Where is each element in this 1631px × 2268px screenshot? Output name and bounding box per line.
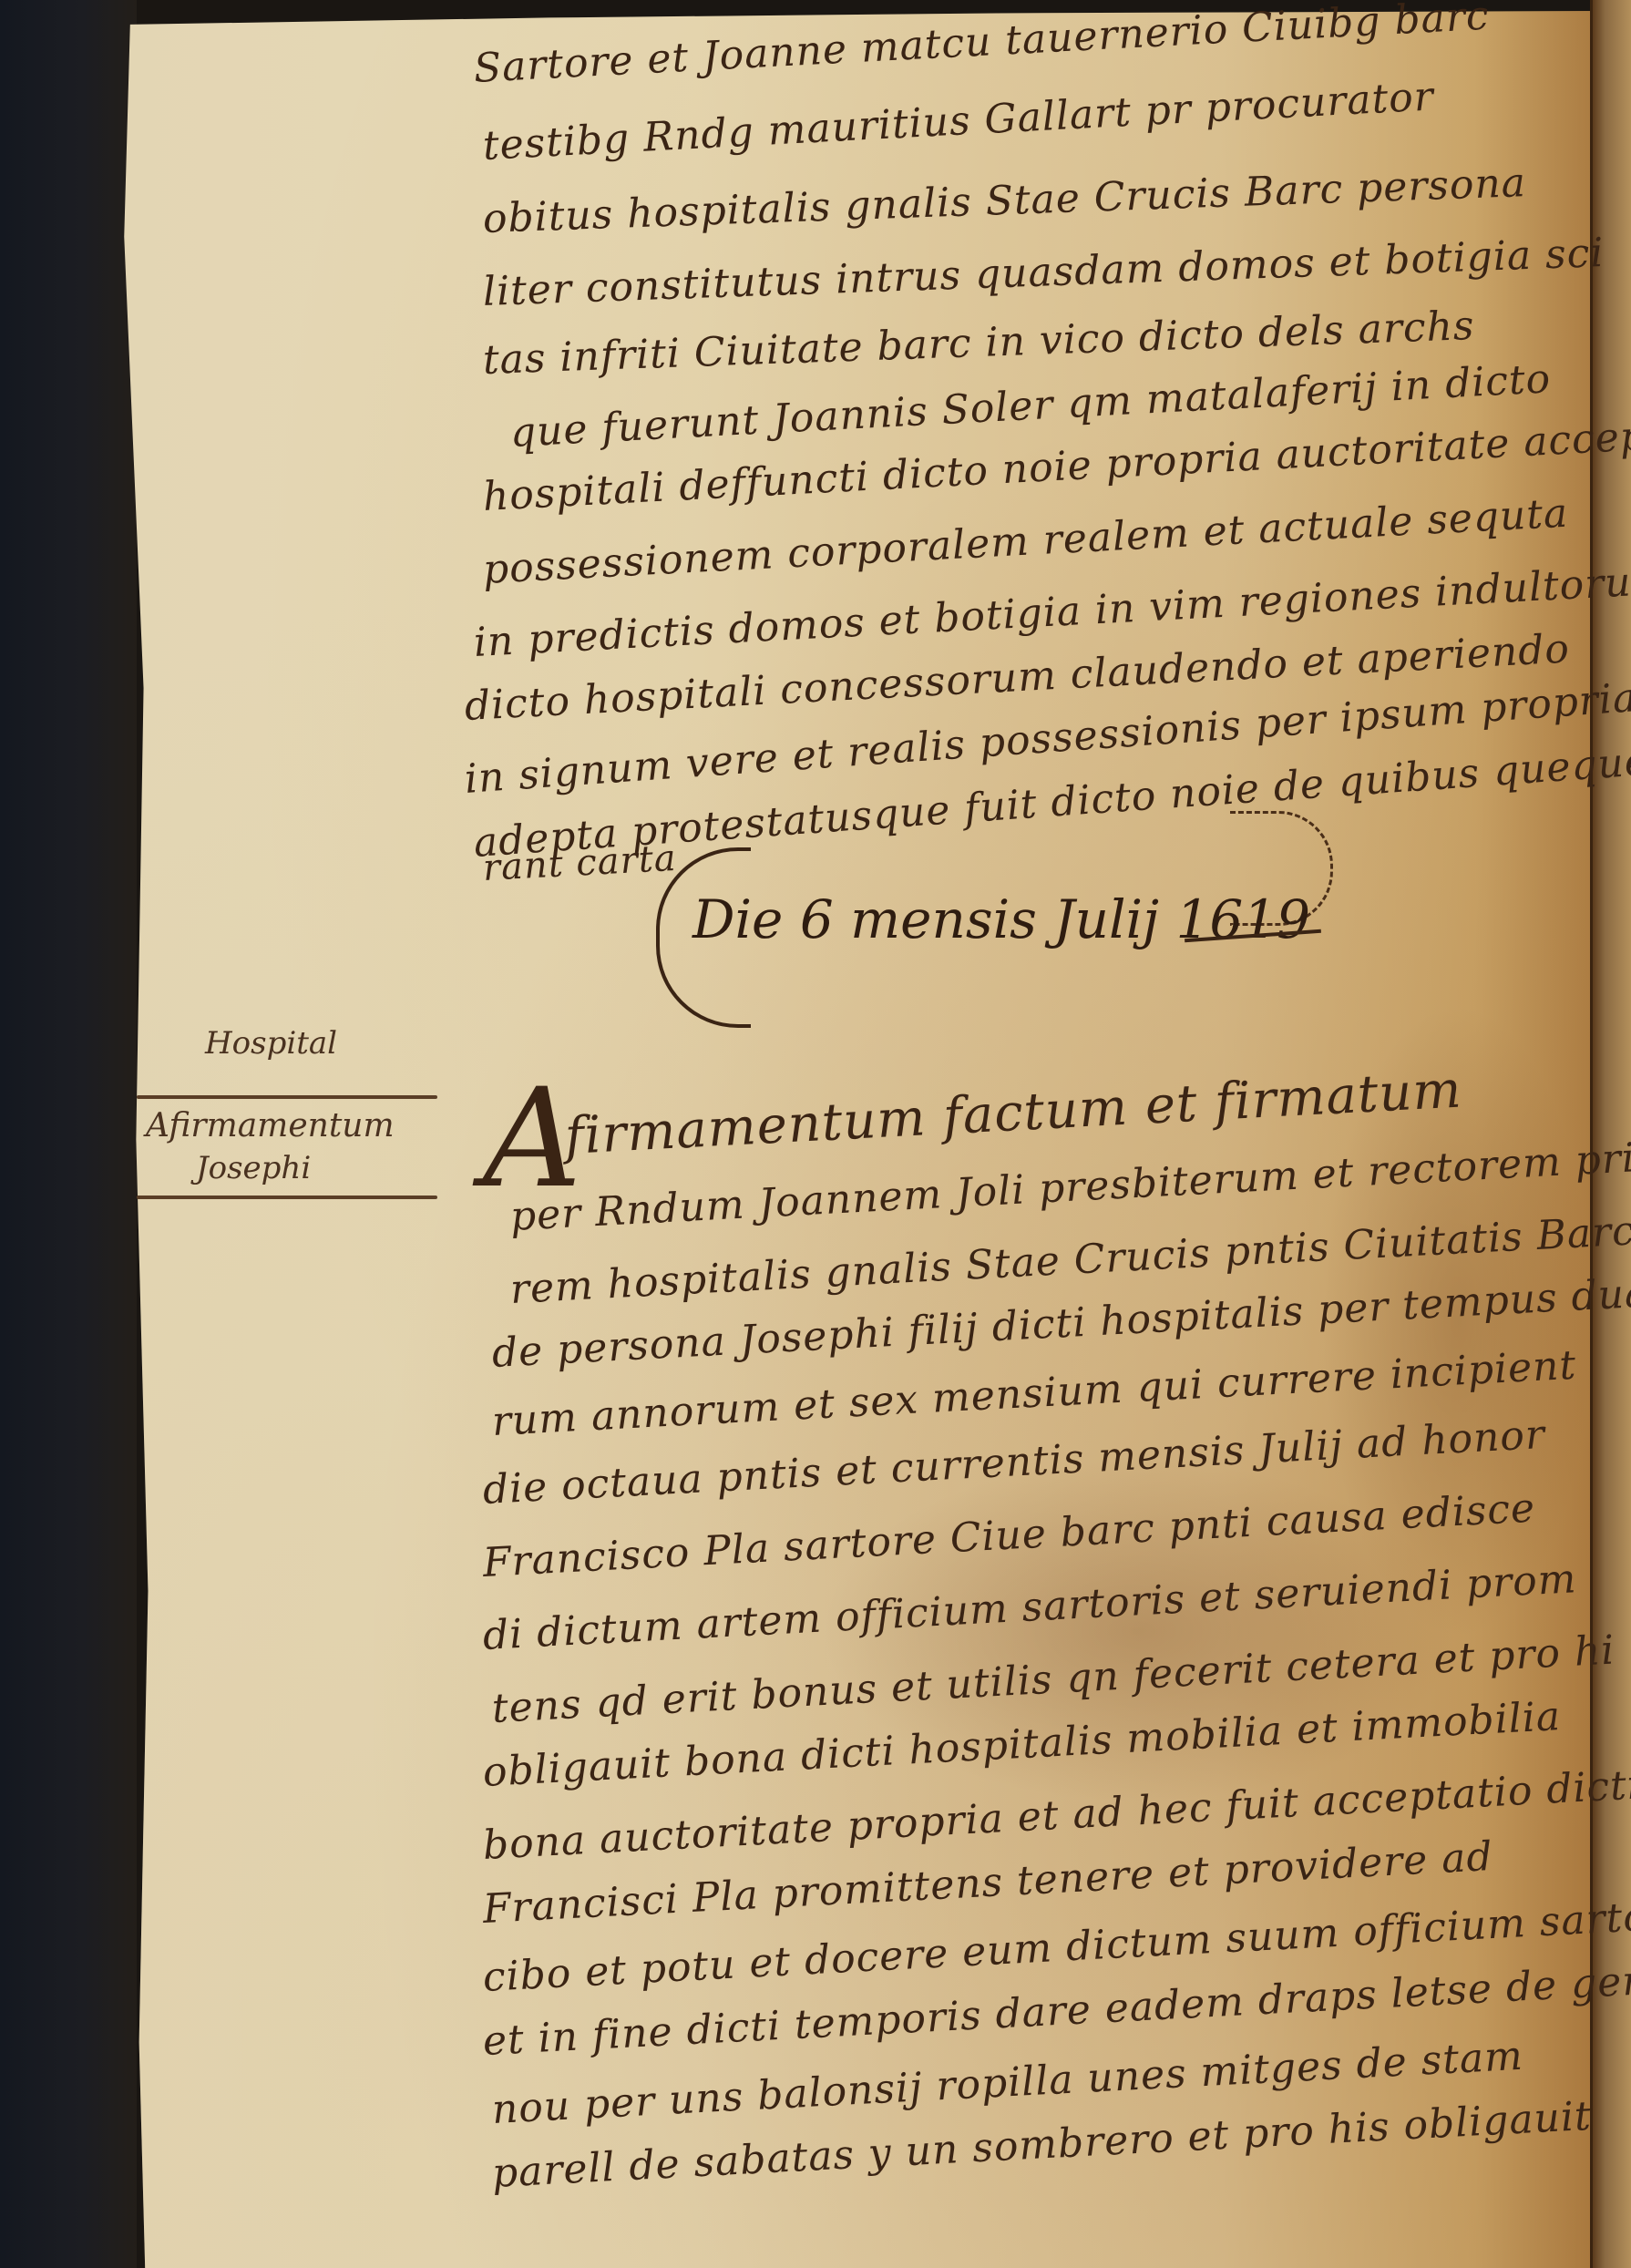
margin-rule-top	[137, 1095, 437, 1099]
margin-heading: Hospital	[205, 1025, 337, 1062]
date-heading: Die 6 mensis Julij 1619	[692, 888, 1310, 950]
scan-backdrop	[0, 0, 137, 2268]
margin-title-line1: Afirmamentum	[146, 1107, 395, 1144]
margin-title-line2: Josephi	[196, 1150, 311, 1186]
margin-rule-bottom	[137, 1196, 437, 1199]
